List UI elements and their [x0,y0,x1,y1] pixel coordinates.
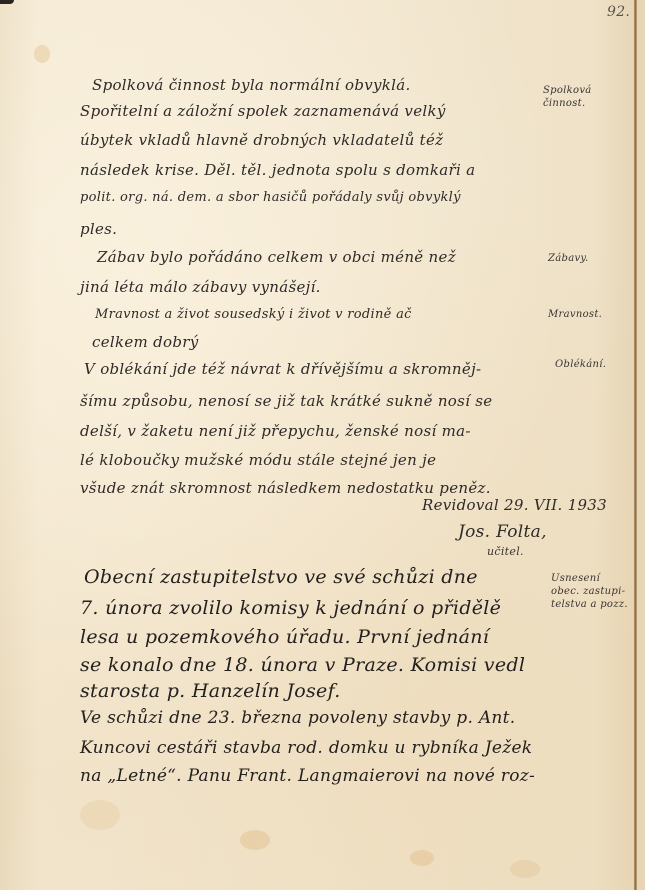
text-line: V oblékání jde též návrat k dřívějšímu a… [84,360,481,378]
page-edge [637,0,645,890]
paper-stain [80,800,120,830]
text-line: starosta p. Hanzelín Josef. [80,680,341,702]
text-line: úbytek vkladů hlavně drobných vkladatelů… [80,131,443,149]
text-line: na „Letné“. Panu Frant. Langmaierovi na … [80,766,535,786]
paper-stain [410,850,434,866]
paper-stain [240,830,270,850]
text-line: lesa u pozemkového úřadu. První jednání [80,626,489,648]
text-line: Kuncovi cestáři stavba rod. domku u rybn… [80,738,532,758]
text-line: celkem dobrý [92,333,199,351]
text-line: jiná léta málo zábavy vynášejí. [80,278,321,296]
text-line: šímu způsobu, nenosí se již tak krátké s… [80,392,492,410]
text-line: Ve schůzi dne 23. března povoleny stavby… [80,708,516,728]
text-line: lé kloboučky mužské módu stále stejné je… [80,451,436,469]
text-line: ples. [80,220,117,238]
chronicle-page: 92. Spolková činnost byla normální obvyk… [0,0,645,890]
text-line: Obecní zastupitelstvo ve své schůzi dne [84,566,478,588]
margin-rule [634,0,637,890]
signature-name: Jos. Folta, [458,522,547,542]
text-line: všude znát skromnost následkem nedostatk… [80,479,491,497]
margin-note: Oblékání. [555,358,615,371]
text-line: polit. org. ná. dem. a sbor hasičů pořád… [80,190,461,205]
text-line: 7. února zvolilo komisy k jednání o přid… [80,597,501,619]
text-line: Zábav bylo pořádáno celkem v obci méně n… [97,248,456,266]
text-line: následek krise. Děl. těl. jednota spolu … [80,161,475,179]
scan-corner-shadow [0,0,14,4]
margin-note: Zábavy. [548,252,608,265]
paper-stain [510,860,540,878]
page-number: 92. [607,4,630,20]
signature-title: učitel. [487,545,524,558]
margin-note: Mravnost. [548,308,618,321]
text-line: delší, v žaketu není již přepychu, žensk… [80,422,471,440]
text-line: Spořitelní a záložní spolek zaznamenává … [80,102,446,120]
text-line: Spolková činnost byla normální obvyklá. [92,76,411,94]
margin-note: Spolková činnost. [543,84,603,110]
text-line: se konalo dne 18. února v Praze. Komisi … [80,654,525,676]
text-line: Mravnost a život sousedský i život v rod… [95,307,412,322]
paper-stain [34,45,50,63]
revision-date: Revidoval 29. VII. 1933 [422,496,607,514]
margin-note: Usnesení obec. zastupi- telstva a pozz. [551,572,631,611]
